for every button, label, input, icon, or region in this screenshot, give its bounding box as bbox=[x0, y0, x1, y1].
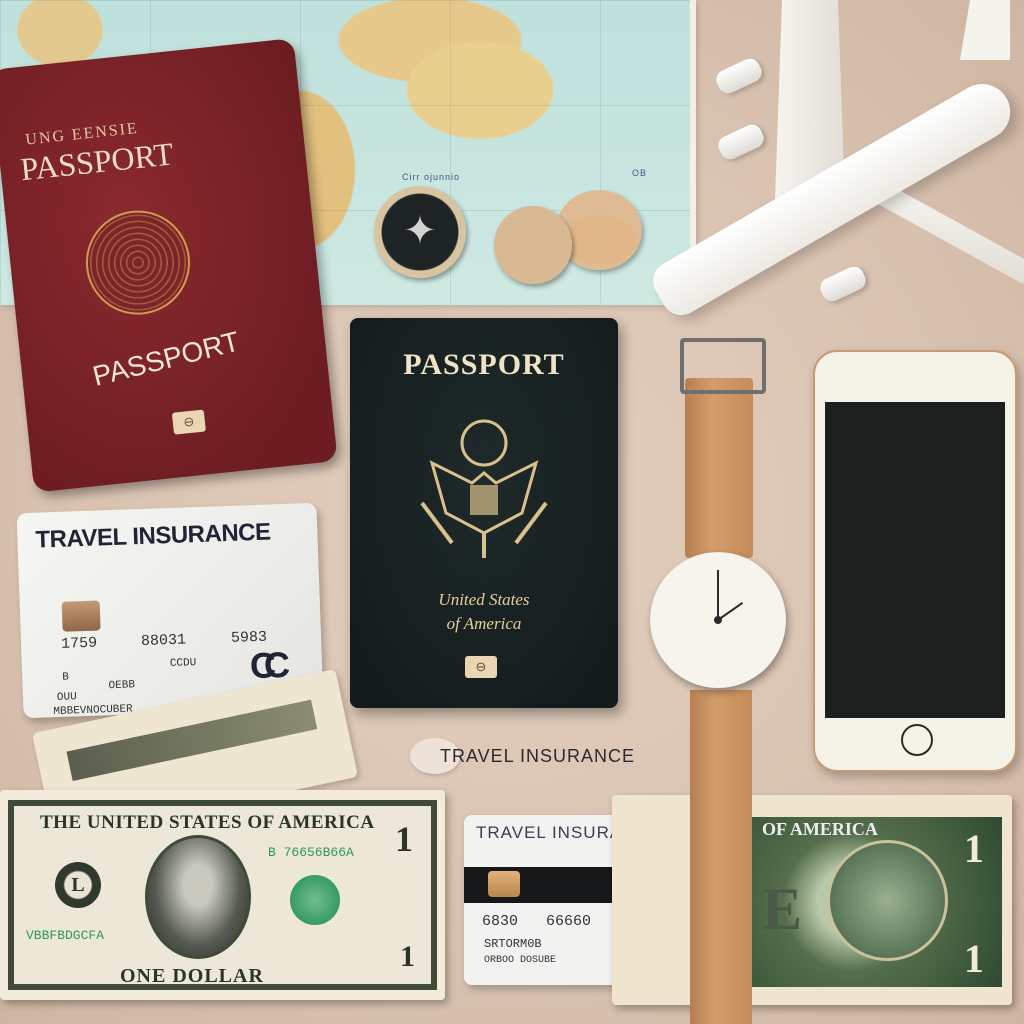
watch-strap-top bbox=[685, 378, 753, 558]
watch-face bbox=[650, 552, 786, 688]
coin-bronze bbox=[494, 206, 572, 284]
card-number-group: 6830 bbox=[482, 913, 518, 930]
home-button-icon bbox=[901, 724, 933, 756]
bill-title: THE UNITED STATES OF AMERICA bbox=[40, 812, 375, 834]
card-number-group: 66660 bbox=[546, 913, 591, 930]
passport-red: UNG EENSIE PASSPORT PASSPORT ⊖ bbox=[0, 38, 338, 493]
card-number-group: 1759 bbox=[61, 635, 98, 653]
phone-screen bbox=[825, 402, 1005, 718]
watch-center-pin bbox=[714, 616, 722, 624]
card-small-text: ORBOO DOSUBE bbox=[484, 955, 556, 966]
bill-title: OF AMERICA bbox=[762, 819, 878, 840]
bill-denomination: 1 bbox=[400, 940, 415, 974]
coin-black-center bbox=[374, 186, 466, 278]
card-small-text: OUU bbox=[57, 691, 77, 704]
passport-us: PASSPORT United States of America ⊖ bbox=[350, 318, 618, 708]
bill-denomination: 1 bbox=[964, 825, 984, 872]
smartphone bbox=[813, 350, 1017, 772]
great-seal-icon bbox=[827, 840, 948, 961]
travel-insurance-label: TRAVEL INSURANCE bbox=[410, 736, 670, 776]
passport-us-country-line2: of America bbox=[350, 614, 618, 634]
card-small-text: OEBB bbox=[108, 679, 135, 692]
map-label: OB bbox=[632, 168, 647, 178]
passport-red-title-bottom: PASSPORT bbox=[90, 326, 243, 393]
card-chip-icon bbox=[488, 871, 520, 897]
biometric-chip-icon: ⊖ bbox=[172, 410, 206, 435]
bill-denomination: 1 bbox=[964, 935, 984, 982]
federal-reserve-seal-icon: L bbox=[55, 862, 101, 908]
passport-us-title: PASSPORT bbox=[350, 348, 618, 382]
watch-minute-hand bbox=[717, 570, 719, 620]
eagle-seal-icon bbox=[412, 413, 556, 563]
watch-buckle bbox=[680, 338, 766, 394]
card-title: TRAVEL INSURANCE bbox=[35, 518, 271, 554]
bill-serial-bottom: VBBFBDGCFA bbox=[26, 928, 104, 943]
airplane-tail bbox=[960, 0, 1010, 60]
airplane-engine bbox=[713, 55, 765, 96]
travel-insurance-label-text: TRAVEL INSURANCE bbox=[440, 746, 635, 767]
bill-serial-top: B 76656B66A bbox=[268, 845, 354, 860]
card-small-text: CCDU bbox=[170, 657, 197, 670]
card-small-text: SRTORM0B bbox=[484, 937, 542, 951]
washington-portrait bbox=[145, 835, 251, 959]
biometric-chip-icon: ⊖ bbox=[465, 656, 497, 678]
card-chip-icon bbox=[62, 600, 101, 631]
bill-bottom-text: ONE DOLLAR bbox=[120, 965, 264, 988]
airplane-engine bbox=[817, 263, 869, 304]
dollar-bill-main: THE UNITED STATES OF AMERICA L B 76656B6… bbox=[0, 790, 445, 1000]
card-small-text: B bbox=[62, 672, 69, 684]
airplane-engine bbox=[715, 121, 767, 162]
map-label: Cirr ojunnio bbox=[402, 172, 460, 182]
passport-red-emblem-icon bbox=[81, 205, 195, 319]
dollar-bill-right: OF AMERICA E 1 1 bbox=[612, 795, 1012, 1005]
card-number-group: 88031 bbox=[141, 631, 187, 650]
treasury-seal-icon bbox=[290, 875, 340, 925]
bill-letter: E bbox=[762, 875, 802, 944]
watch-strap-bottom bbox=[690, 690, 752, 1024]
passport-us-country-line1: United States bbox=[350, 590, 618, 610]
bill-denomination: 1 bbox=[395, 818, 413, 860]
